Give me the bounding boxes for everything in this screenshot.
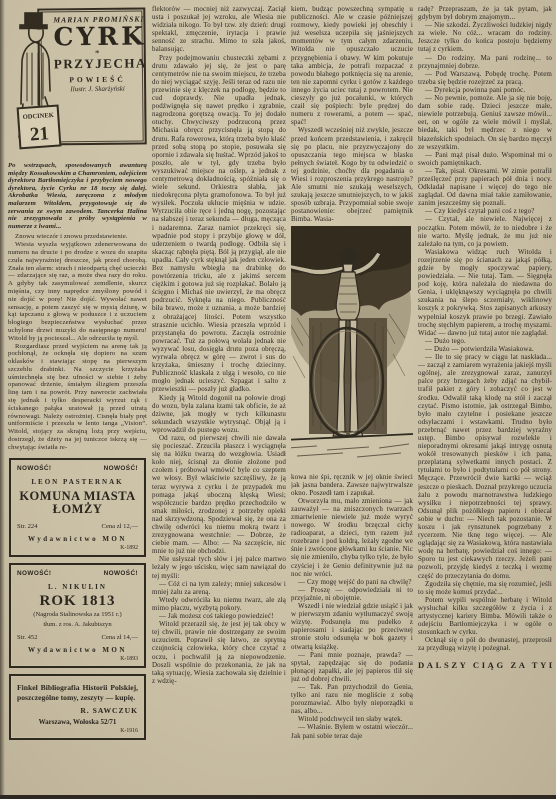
genre-label: POWIEŚĆ: [54, 74, 141, 84]
paragraph: — Pod Warszawą. Pobędę trochę. Potem trz…: [418, 70, 552, 86]
paragraph: — Pani mąż pisał dużo. Wspominał mi o sw…: [418, 151, 552, 167]
paragraph: Przy podejmowaniu chusteczki zębami z dr…: [152, 54, 286, 394]
column-2-text: flektorów — mocniej niż zazwyczaj. Zacią…: [152, 5, 286, 685]
paragraph: Potem wypili wspólnie herbatę i Witold w…: [418, 596, 552, 636]
ad-code: K-1893: [17, 656, 138, 662]
paragraph: Nie usłyszał tych słów i jej palce martw…: [152, 555, 286, 579]
classified-text: Finkel Bibliografia Historii Polskiej, p…: [17, 683, 138, 702]
paragraph: kowa nie śpi, ręcznik w jej oknie świeci…: [291, 473, 413, 497]
continuation-notice: DALSZY CIĄG ZA TYDZIEŃ: [418, 660, 552, 670]
ad-meta: Str. 224 Cena zł 12,—: [17, 523, 138, 530]
ad-badges: NOWOŚĆ! NOWOŚĆ!: [17, 465, 138, 472]
paragraph: Witold podchwycił ten słaby wątek.: [291, 715, 413, 723]
ad-rok-1813: NOWOŚĆ! NOWOŚĆ! L. NIKULIN ROK 1813 (Nag…: [9, 563, 146, 669]
column-2: flektorów — mocniej niż zazwyczaj. Zacią…: [152, 5, 286, 796]
paragraph: — Do rodziny. Ma pani rodzinę... to przy…: [418, 54, 552, 70]
column-1-text: Znowu wieczór i znowu przedstawienie.Wie…: [8, 233, 147, 451]
badge-nowosc-right: NOWOŚĆ!: [104, 570, 138, 577]
ad-author: LEON PASTERNAK: [17, 478, 138, 486]
paragraph: Znowu wieczór i znowu przedstawienie.: [8, 233, 147, 241]
paragraph: — Właśnie. Byłem w ostatni wieczór... Ja…: [291, 723, 413, 739]
column-4: radę? Przepraszam, że ja tak pytam, jak …: [418, 5, 552, 796]
paragraph: — Czy kiedyś czytał pani coś z tego?: [418, 207, 552, 215]
paragraph: Ocknął się o pół do dwunastej, przeprosi…: [418, 636, 552, 652]
scan-edge-bottom: [0, 795, 556, 799]
column-1: MARIAN PROMIŃSKI CYRK * PRZYJECHAŁ POWIE…: [8, 5, 147, 796]
paragraph: Zgodziła się chętnie, ma się rozumieć, j…: [418, 580, 552, 596]
paragraph: — Jak możesz coś takiego powiedzieć!: [152, 612, 286, 620]
paragraph: Kiedy ją Witold dogonił na połowie drogi…: [152, 394, 286, 434]
classified-name: R. SAWCZUK: [17, 706, 138, 715]
novel-masthead: MARIAN PROMIŃSKI CYRK * PRZYJECHAŁ POWIE…: [8, 5, 147, 157]
paragraph: — Czytał, ale niewiele. Najwięcej z pocz…: [418, 215, 552, 247]
acrobat-wire-illustration: [291, 226, 413, 470]
ad-komuna-miasta-lomzy: NOWOŚĆ! NOWOŚĆ! LEON PASTERNAK KOMUNA MI…: [9, 458, 146, 557]
paragraph: — Tak. Pan przychodził do Genia, tylko a…: [291, 683, 413, 715]
paragraph: — Ile to się pracy w ciągu lat naskłada.…: [418, 353, 552, 580]
ad-title: KOMUNA MIASTA ŁOMŻY: [17, 490, 138, 517]
classified-address: Warszawa, Wołoska 52/71: [17, 718, 138, 726]
episode-number: 21: [29, 123, 49, 145]
ad-meta: Str. 452 Cena zł 14,—: [17, 634, 138, 641]
column-3-text-bottom: kowa nie śpi, ręcznik w jej oknie świeci…: [291, 473, 413, 740]
paragraph: radę? Przepraszam, że ja tak pytam, jak …: [418, 5, 552, 21]
paragraph: — Pani mnie poznaje, prawda? — spytał, z…: [291, 651, 413, 683]
ad-award-note: (Nagroda Stalinowska za 1951 r.): [17, 611, 138, 618]
ad-price: Cena zł 12,—: [102, 523, 138, 530]
ad-code: K-1892: [17, 545, 138, 551]
paragraph: Wyszedł wcześniej niż zwykle, jeszcze pr…: [291, 126, 413, 223]
ad-pages: Str. 452: [17, 634, 38, 641]
paragraph: — Dyrekcja powinna pani pomóc.: [418, 86, 552, 94]
ad-classified-sawczuk: Finkel Bibliografia Historii Polskiej, p…: [9, 674, 146, 740]
paragraph: kiem, budząc powszechną sympatię u publi…: [291, 5, 413, 126]
badge-nowosc-left: NOWOŚĆ!: [17, 570, 51, 577]
paragraph: Witold przeraził się, że jest jej tak ob…: [152, 620, 286, 685]
paragraph: Otworzyła mu, mało zmieniona — jak zauwa…: [291, 497, 413, 578]
paragraph: — Czy mogę wejść do pani na chwilę?: [291, 578, 413, 586]
ad-publisher: Wydawnictwo MON: [17, 535, 138, 543]
paragraph: Od razu, od pierwszej chwili nie dawała …: [152, 434, 286, 555]
paragraph: Wszedł i nie wiedział gdzie usiąść i jak…: [291, 602, 413, 651]
paragraph: Wasiakowa widząc ruch Witolda i rozejrze…: [418, 248, 552, 337]
column-4-text: radę? Przepraszam, że ja tak pytam, jak …: [418, 5, 552, 653]
paragraph: Wiesia wyszła wyjątkowo zdenerwowana do …: [8, 241, 147, 342]
paragraph: — No pewnie, pomoże. Ale ja się nie boję…: [418, 94, 552, 151]
badge-nowosc-right: NOWOŚĆ!: [104, 465, 138, 472]
ad-translator-note: tłum. z ros. A. Jakubiszyn: [17, 621, 138, 628]
paragraph: — Proszę — odpowiedziała ni to przyjaźni…: [291, 586, 413, 602]
paragraph: Rozgardiasz przed wyjściem na arenę tak …: [8, 343, 147, 452]
paragraph: — Dużo — potwierdziła Wasiakowa.: [418, 345, 552, 353]
ad-pages: Str. 224: [17, 523, 38, 530]
ad-code: K-1916: [17, 728, 138, 734]
ad-price: Cena zł 14,—: [102, 634, 138, 641]
paragraph: — Nie szkodzi. Życzliwości ludzkiej nigd…: [418, 21, 552, 53]
badge-nowosc-left: NOWOŚĆ!: [17, 465, 51, 472]
column-3: kiem, budząc powszechną sympatię u publi…: [291, 5, 413, 796]
scan-edge-left: [0, 0, 5, 799]
paragraph: — Dużo tego.: [418, 337, 552, 345]
paragraph: — Tak, pisał. Okresami. W zimie potrafił…: [418, 167, 552, 207]
newspaper-page: MARIAN PROMIŃSKI CYRK * PRZYJECHAŁ POWIE…: [0, 0, 556, 799]
illustrator-credit: Ilustr. J. Skarżyński: [54, 84, 141, 93]
paragraph: flektorów — mocniej niż zazwyczaj. Zacią…: [152, 5, 286, 54]
ad-author: L. NIKULIN: [17, 583, 138, 591]
ad-badges: NOWOŚĆ! NOWOŚĆ!: [17, 570, 138, 577]
paragraph: — Cóż ci na tym zależy; mniej sukcesów i…: [152, 580, 286, 596]
ad-publisher: Wydawnictwo MON: [17, 646, 138, 654]
paragraph: Wtedy odwróciła ku niemu twarz, ale złą …: [152, 596, 286, 612]
ringmaster-illustration: ODCINEK 21: [8, 9, 67, 159]
column-3-text-top: kiem, budząc powszechną sympatię u publi…: [291, 5, 413, 224]
ad-title: ROK 1813: [17, 595, 138, 609]
recap-intro: Po wstrząsach, spowodowanych awanturą mi…: [8, 162, 147, 230]
